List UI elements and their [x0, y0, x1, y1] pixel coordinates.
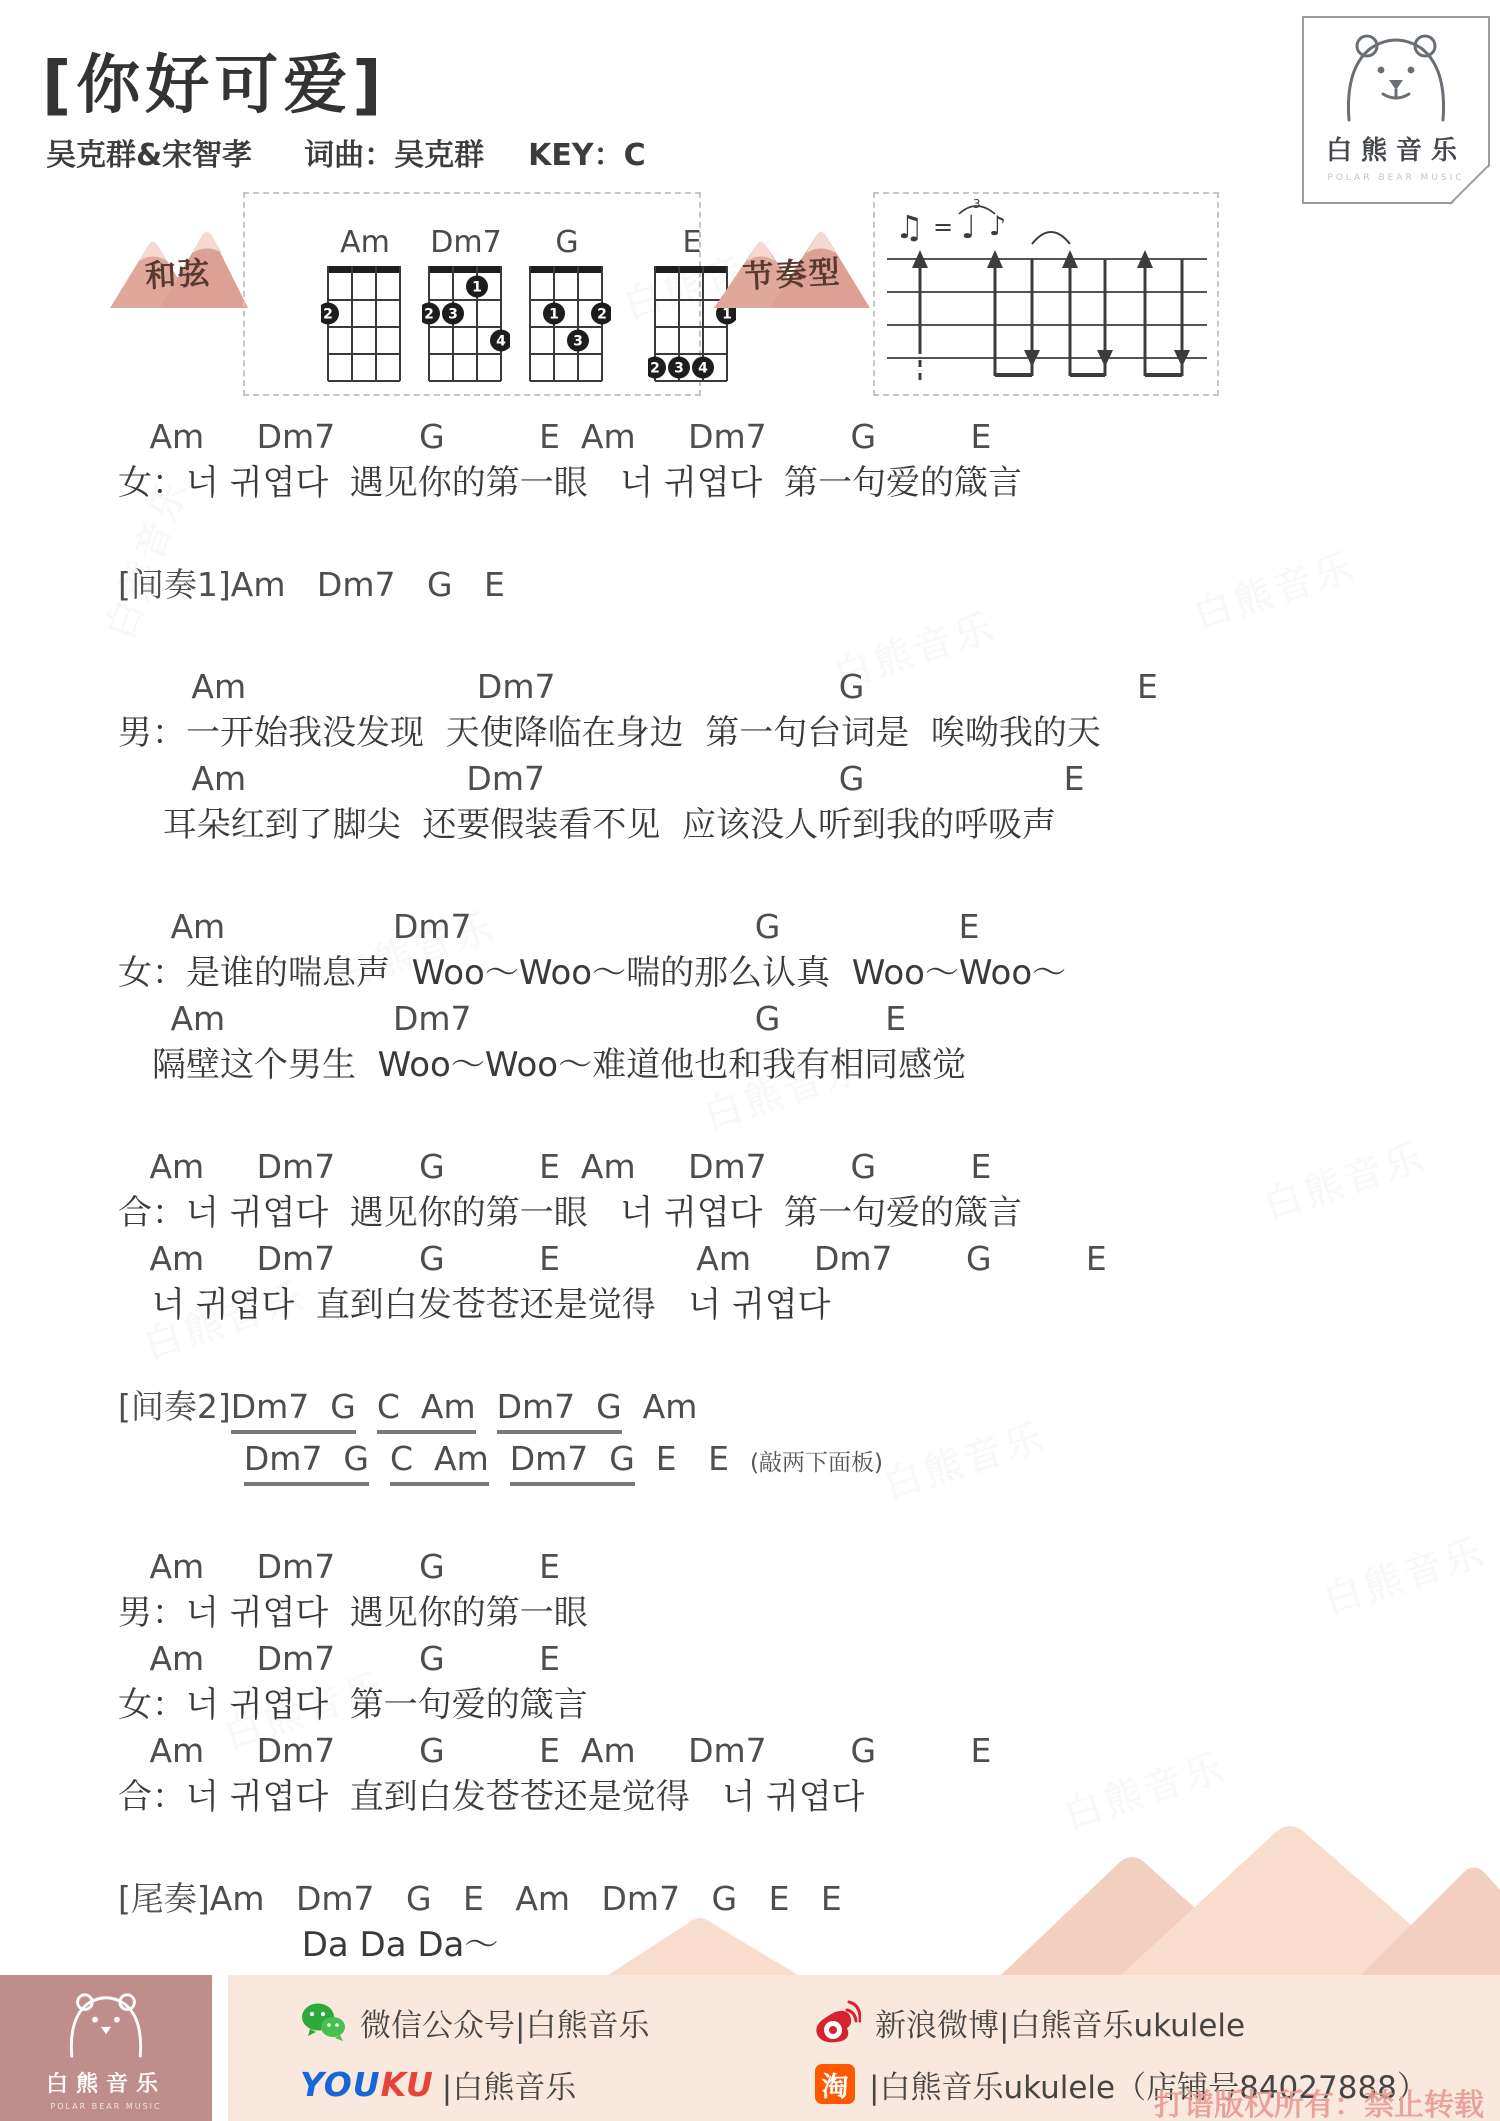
svg-text:1: 1 [722, 307, 732, 323]
lyric-line: 合：너 귀엽다 遇见你的第一眼 너 귀엽다 第一句爱的箴言 [118, 1190, 1158, 1236]
svg-text:♪: ♪ [989, 211, 1006, 242]
chord-diagram-dm7: Dm72314 [422, 194, 510, 388]
svg-text:3: 3 [973, 197, 981, 211]
song-key: KEY：C [528, 130, 645, 174]
chord-line: Am Dm7 G E [118, 1636, 1158, 1682]
chord-diagram-g: G123 [523, 194, 611, 388]
chord-text: Am [622, 1387, 698, 1426]
weibo-icon [815, 2000, 861, 2044]
chord-line: Am Dm7 G E [118, 1544, 1158, 1590]
chord-text [489, 1439, 510, 1478]
polar-bear-icon [63, 1987, 149, 2061]
page-fold-corner [1452, 166, 1490, 204]
chord-text: [间奏2] [118, 1387, 231, 1426]
song-meta: 吴克群&宋智孝 词曲：吴克群 KEY：C [46, 130, 646, 174]
svg-text:4: 4 [496, 334, 506, 350]
svg-text:2: 2 [597, 307, 607, 323]
brand-watermark: 白熊音乐 [1186, 535, 1363, 639]
section-gap [118, 608, 1158, 664]
underlined-chord-group: C Am [377, 1387, 476, 1434]
svg-text:2: 2 [424, 307, 434, 323]
brand-name: 白熊音乐 [1304, 130, 1488, 167]
lyric-line: 男：너 귀엽다 遇见你的第一眼 [118, 1590, 1158, 1636]
lyric-line: 女：너 귀엽다 第一句爱的箴言 [118, 1682, 1158, 1728]
wechat-account-row: 微信公众号|白熊音乐 [300, 1996, 649, 2048]
chord-line: [间奏1]Am Dm7 G E [118, 562, 1158, 608]
svg-text:3: 3 [573, 334, 583, 350]
sheet-page: 白熊音乐白熊音乐白熊音乐白熊音乐白熊音乐白熊音乐白熊音乐白熊音乐白熊音乐白熊音乐… [0, 0, 1500, 2121]
underlined-chord-group: Dm7 G [244, 1439, 369, 1486]
section-gap [118, 506, 1158, 562]
chord-line: Am Dm7 G E Am Dm7 G E [118, 1728, 1158, 1774]
chord-text: E E [635, 1439, 750, 1478]
page-title: [你好可爱] [42, 34, 387, 126]
svg-text:E: E [683, 225, 702, 260]
artist-names: 吴克群&宋智孝 [46, 130, 252, 174]
section-gap [118, 1488, 1158, 1544]
lyrics-area: Am Dm7 G E Am Dm7 G E女：너 귀엽다 遇见你的第一眼 너 귀… [118, 414, 1158, 1968]
lyric-line: 耳朵红到了脚尖 还要假装看不见 应该没人听到我的呼吸声 [118, 802, 1158, 848]
brand-watermark: 白熊音乐 [1316, 1520, 1493, 1624]
taobao-icon: 淘 [815, 2064, 855, 2104]
copyright-notice: 打谱版权所有：禁止转载 [1154, 2080, 1484, 2121]
lyric-line: 女：是谁的喘息声 Woo～Woo～喘的那么认真 Woo～Woo～ [118, 950, 1158, 996]
polar-bear-icon [1337, 28, 1455, 124]
chord-diagram-am: Am2 [321, 194, 409, 388]
interlude-chord-line: [间奏2]Dm7 G C Am Dm7 G Am [118, 1384, 1158, 1436]
performance-note: (敲两下面板) [750, 1450, 883, 1476]
svg-text:♩: ♩ [961, 208, 976, 246]
chord-line: Am Dm7 G E [118, 904, 1158, 950]
wechat-icon [300, 2001, 346, 2043]
underlined-chord-group: Dm7 G [510, 1439, 635, 1486]
section-gap [118, 1328, 1158, 1384]
footer-brand-name: 白熊音乐 [0, 2067, 212, 2098]
svg-text:3: 3 [448, 307, 458, 323]
composer-credit: 词曲：吴克群 [304, 130, 484, 174]
underlined-chord-group: C Am [390, 1439, 489, 1486]
wechat-account-text: 微信公众号|白熊音乐 [360, 2000, 649, 2045]
svg-text:=: = [933, 213, 953, 241]
youku-row: YOUKU |白熊音乐 [300, 2058, 576, 2110]
svg-text:2: 2 [650, 361, 660, 377]
underlined-chord-group: Dm7 G [231, 1387, 356, 1434]
svg-text:Dm7: Dm7 [430, 225, 501, 260]
lyric-line: 隔壁这个男生 Woo～Woo～难道他也和我有相同感觉 [118, 1042, 1158, 1088]
brand-watermark: 白熊音乐 [1256, 1125, 1433, 1229]
weibo-text: 新浪微博|白熊音乐ukulele [875, 2000, 1245, 2045]
lyric-line: 男：一开始我没发现 天使降临在身边 第一句台词是 唉呦我的天 [118, 710, 1158, 756]
chords-section-label: 和弦 [108, 222, 248, 308]
svg-text:1: 1 [472, 280, 482, 296]
interlude-chord-line: Dm7 G C Am Dm7 G E E (敲两下面板) [118, 1436, 1158, 1488]
svg-text:♫: ♫ [895, 208, 924, 246]
lyric-line: 女：너 귀엽다 遇见你的第一眼 너 귀엽다 第一句爱的箴言 [118, 460, 1158, 506]
chord-line: Am Dm7 G E [118, 996, 1158, 1042]
strum-pattern-staff: ♫=♩♪3 [875, 194, 1217, 394]
hills-decoration [980, 1800, 1500, 1976]
chord-text [369, 1439, 390, 1478]
svg-text:2: 2 [323, 307, 333, 323]
rhythm-label-text: 节奏型 [711, 245, 873, 298]
section-gap [118, 1088, 1158, 1144]
weibo-row: 新浪微博|白熊音乐ukulele [815, 1996, 1245, 2048]
youku-logo: YOUKU [300, 2065, 434, 2104]
small-hill-decoration [608, 1912, 798, 1975]
chord-diagrams-box: Am2Dm72314G123E1234 [243, 192, 701, 396]
brand-logo-box: 白熊音乐 POLAR BEAR MUSIC [1302, 16, 1490, 204]
svg-text:1: 1 [549, 307, 559, 323]
chords-label-text: 和弦 [107, 245, 249, 297]
chord-text [356, 1387, 377, 1426]
chord-line: Am Dm7 G E Am Dm7 G E [118, 1144, 1158, 1190]
underlined-chord-group: Dm7 G [497, 1387, 622, 1434]
chord-line: Am Dm7 G E Am Dm7 G E [118, 1236, 1158, 1282]
svg-text:Am: Am [340, 225, 390, 260]
chord-line: Am Dm7 G E [118, 756, 1158, 802]
svg-text:4: 4 [698, 361, 708, 377]
section-gap [118, 848, 1158, 904]
rhythm-pattern-box: ♫=♩♪3 [873, 192, 1219, 396]
rhythm-section-label: 节奏型 [712, 222, 872, 308]
chord-line: Am Dm7 G E Am Dm7 G E [118, 414, 1158, 460]
chord-text [118, 1439, 244, 1478]
chord-text [476, 1387, 497, 1426]
chord-line: Am Dm7 G E [118, 664, 1158, 710]
footer-brand-block: 白熊音乐 POLAR BEAR MUSIC [0, 1975, 212, 2121]
svg-text:3: 3 [674, 361, 684, 377]
lyric-line: 너 귀엽다 直到白发苍苍还是觉得 너 귀엽다 [118, 1282, 1158, 1328]
youku-text: |白熊音乐 [442, 2062, 576, 2107]
footer-brand-name-en: POLAR BEAR MUSIC [0, 2102, 212, 2111]
svg-text:G: G [555, 225, 578, 260]
